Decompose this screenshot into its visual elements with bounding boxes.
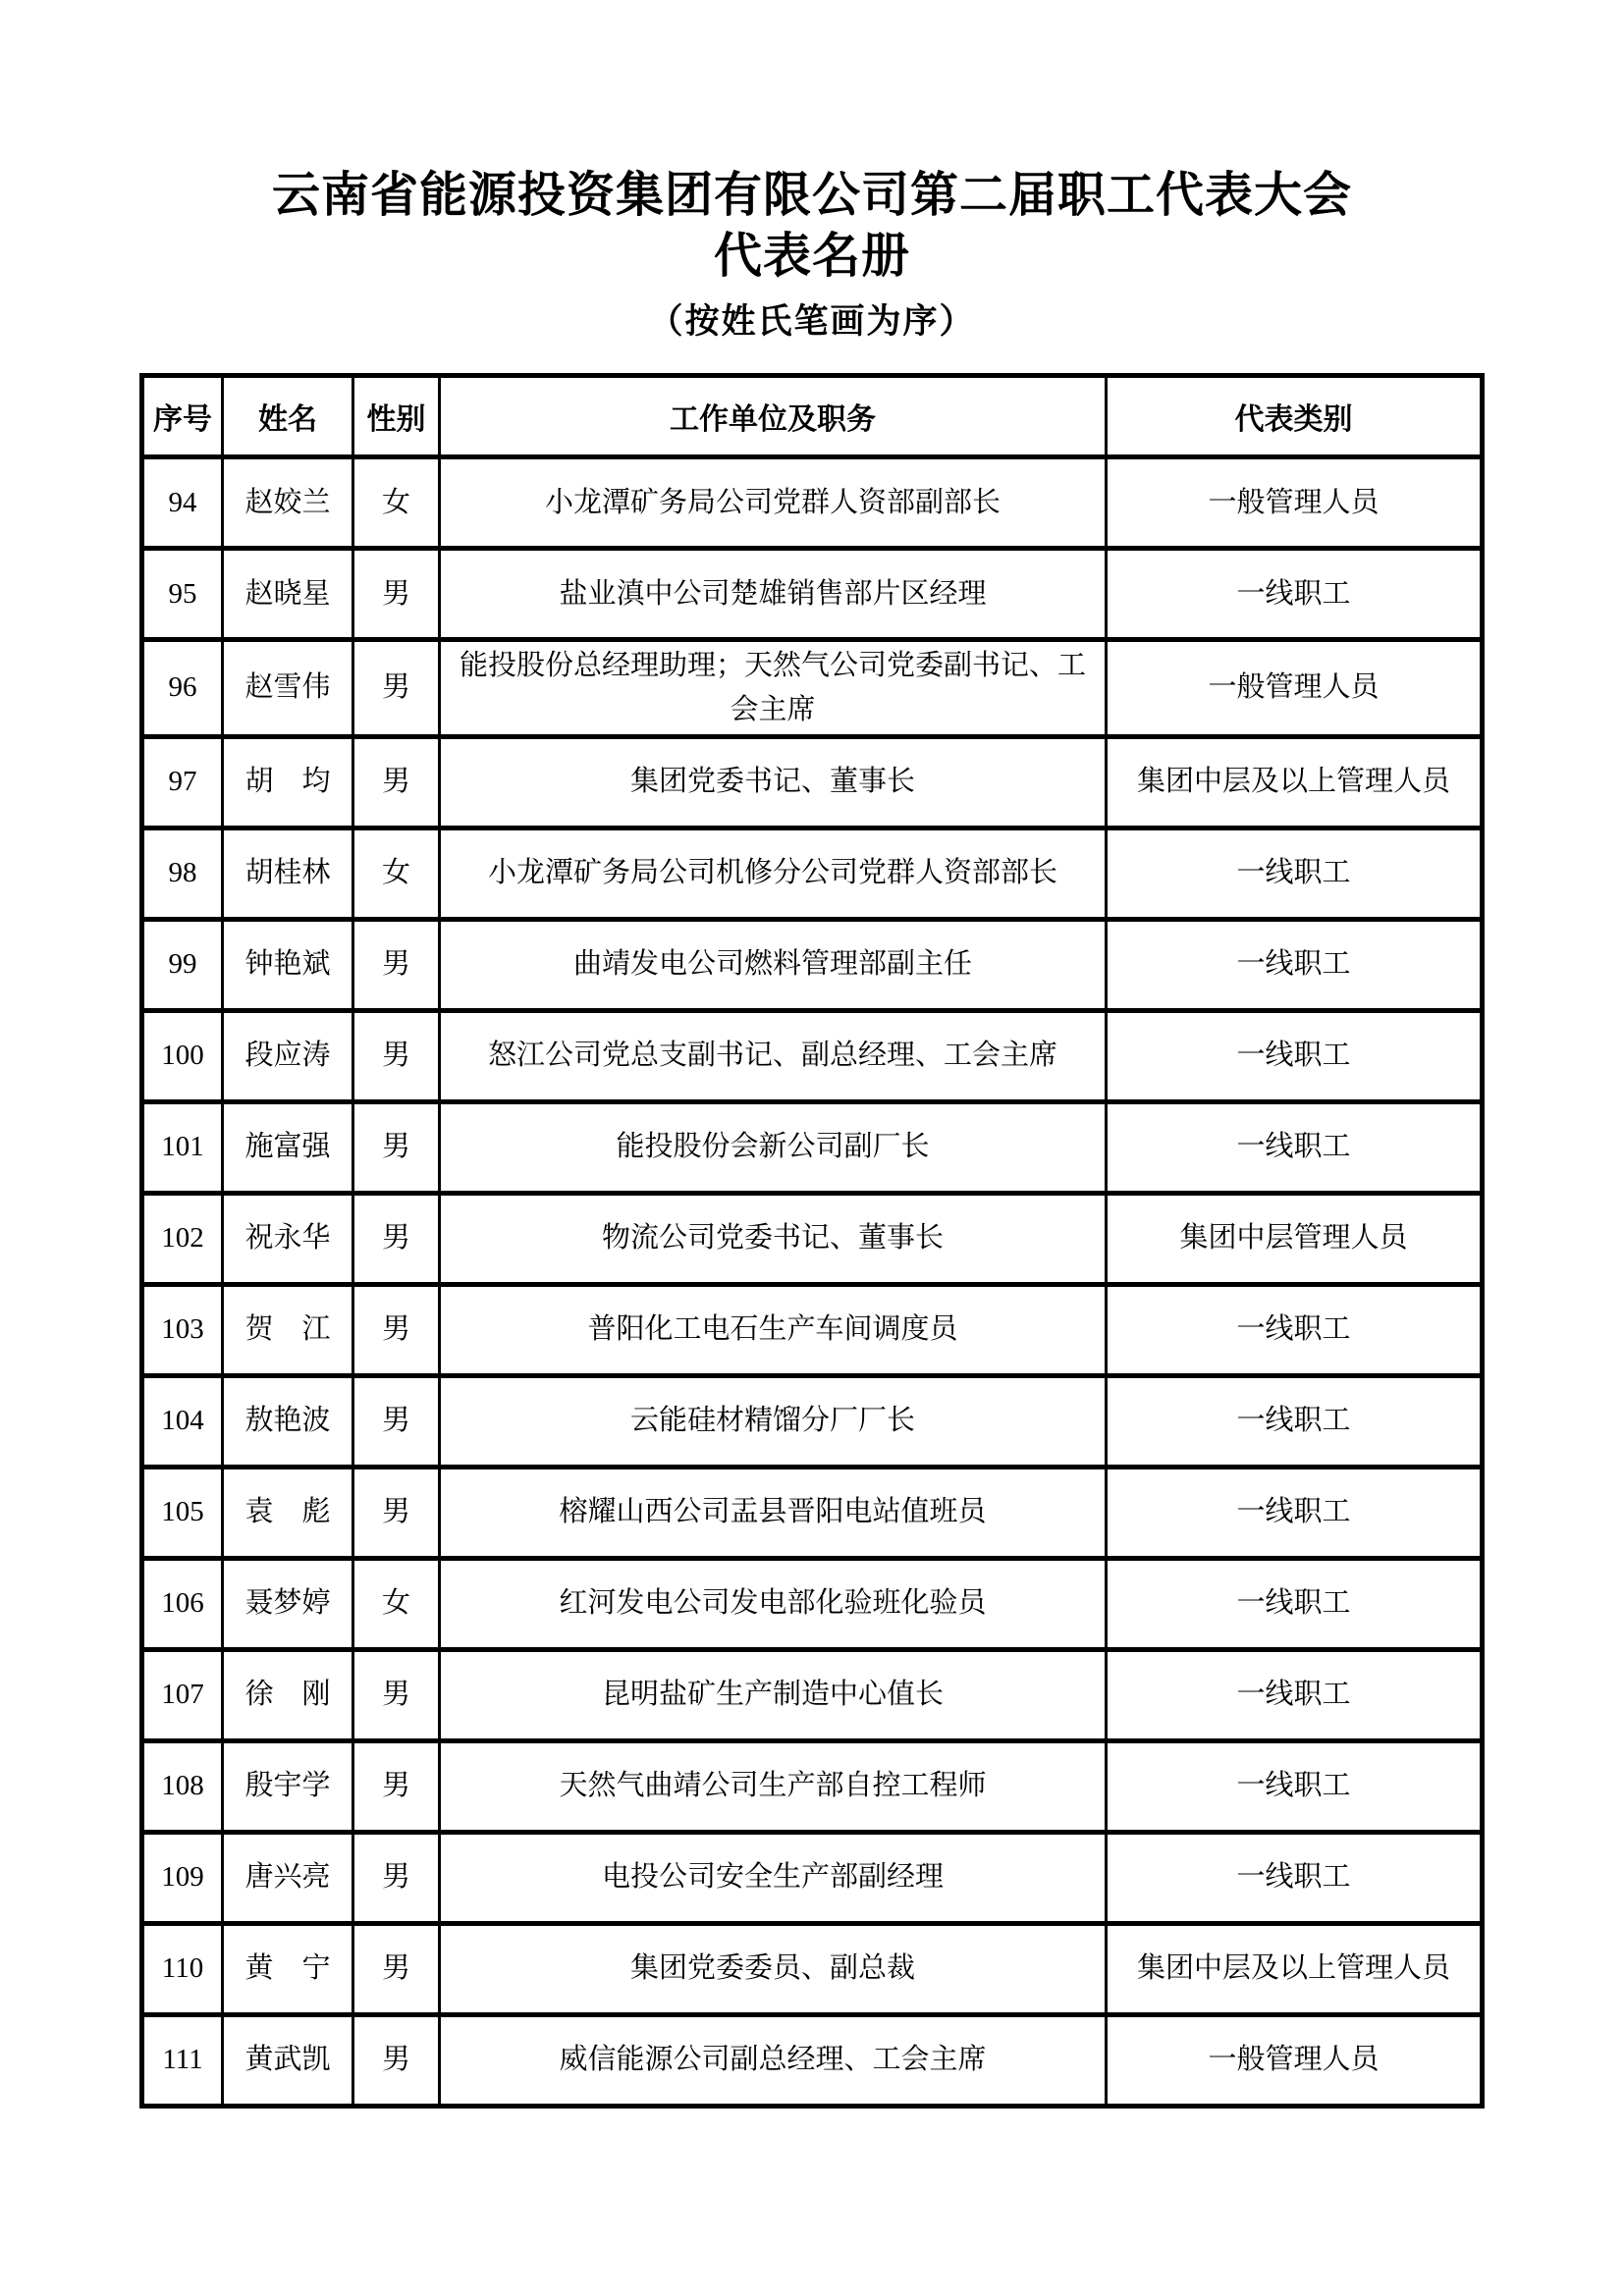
cell-name: 赵晓星 [223, 549, 353, 640]
table-row: 109唐兴亮男电投公司安全生产部副经理一线职工 [142, 1832, 1483, 1923]
cell-name: 袁 彪 [223, 1467, 353, 1558]
cell-name: 胡桂林 [223, 828, 353, 919]
cell-gender: 男 [353, 1284, 440, 1375]
cell-name: 钟艳斌 [223, 919, 353, 1010]
cell-gender: 男 [353, 1467, 440, 1558]
cell-unit: 电投公司安全生产部副经理 [440, 1832, 1107, 1923]
cell-unit: 能投股份总经理助理；天然气公司党委副书记、工会主席 [440, 640, 1107, 737]
roster-table: 序号 姓名 性别 工作单位及职务 代表类别 94赵姣兰女小龙潭矿务局公司党群人资… [139, 373, 1485, 2109]
cell-no: 110 [142, 1923, 223, 2014]
cell-gender: 男 [353, 1375, 440, 1467]
table-row: 101施富强男能投股份会新公司副厂长一线职工 [142, 1101, 1483, 1193]
cell-category: 集团中层管理人员 [1107, 1193, 1483, 1284]
cell-no: 103 [142, 1284, 223, 1375]
cell-no: 108 [142, 1740, 223, 1832]
cell-category: 一线职工 [1107, 919, 1483, 1010]
header-row: 序号 姓名 性别 工作单位及职务 代表类别 [142, 376, 1483, 457]
cell-category: 一般管理人员 [1107, 457, 1483, 549]
cell-unit: 物流公司党委书记、董事长 [440, 1193, 1107, 1284]
cell-no: 106 [142, 1558, 223, 1649]
cell-name: 赵姣兰 [223, 457, 353, 549]
document-subtitle: （按姓氏笔画为序） [0, 300, 1624, 344]
table-row: 99钟艳斌男曲靖发电公司燃料管理部副主任一线职工 [142, 919, 1483, 1010]
table-row: 104敖艳波男云能硅材精馏分厂厂长一线职工 [142, 1375, 1483, 1467]
cell-gender: 女 [353, 828, 440, 919]
cell-gender: 男 [353, 2014, 440, 2106]
cell-category: 集团中层及以上管理人员 [1107, 1923, 1483, 2014]
cell-unit: 小龙潭矿务局公司党群人资部副部长 [440, 457, 1107, 549]
table-row: 111黄武凯男威信能源公司副总经理、工会主席一般管理人员 [142, 2014, 1483, 2106]
cell-gender: 男 [353, 1101, 440, 1193]
cell-category: 一般管理人员 [1107, 640, 1483, 737]
cell-no: 111 [142, 2014, 223, 2106]
cell-no: 101 [142, 1101, 223, 1193]
table-row: 108殷宇学男天然气曲靖公司生产部自控工程师一线职工 [142, 1740, 1483, 1832]
table-row: 97胡 均男集团党委书记、董事长集团中层及以上管理人员 [142, 736, 1483, 828]
header-cell-name: 姓名 [223, 376, 353, 457]
cell-name: 殷宇学 [223, 1740, 353, 1832]
cell-no: 95 [142, 549, 223, 640]
cell-category: 一线职工 [1107, 1649, 1483, 1740]
cell-unit: 小龙潭矿务局公司机修分公司党群人资部部长 [440, 828, 1107, 919]
cell-category: 一线职工 [1107, 1284, 1483, 1375]
cell-category: 一线职工 [1107, 1558, 1483, 1649]
cell-category: 一线职工 [1107, 1010, 1483, 1101]
table-row: 103贺 江男普阳化工电石生产车间调度员一线职工 [142, 1284, 1483, 1375]
cell-category: 一线职工 [1107, 1832, 1483, 1923]
cell-no: 104 [142, 1375, 223, 1467]
cell-unit: 能投股份会新公司副厂长 [440, 1101, 1107, 1193]
cell-name: 敖艳波 [223, 1375, 353, 1467]
cell-gender: 男 [353, 1010, 440, 1101]
cell-no: 107 [142, 1649, 223, 1740]
document-page: 云南省能源投资集团有限公司第二届职工代表大会 代表名册 （按姓氏笔画为序） 序号… [0, 0, 1624, 2296]
header-cell-no: 序号 [142, 376, 223, 457]
cell-category: 一线职工 [1107, 1375, 1483, 1467]
cell-name: 胡 均 [223, 736, 353, 828]
cell-unit: 曲靖发电公司燃料管理部副主任 [440, 919, 1107, 1010]
cell-gender: 女 [353, 457, 440, 549]
cell-gender: 女 [353, 1558, 440, 1649]
cell-name: 徐 刚 [223, 1649, 353, 1740]
cell-name: 段应涛 [223, 1010, 353, 1101]
cell-gender: 男 [353, 1193, 440, 1284]
cell-name: 黄武凯 [223, 2014, 353, 2106]
table-row: 107徐 刚男昆明盐矿生产制造中心值长一线职工 [142, 1649, 1483, 1740]
cell-name: 施富强 [223, 1101, 353, 1193]
cell-unit: 昆明盐矿生产制造中心值长 [440, 1649, 1107, 1740]
cell-unit: 盐业滇中公司楚雄销售部片区经理 [440, 549, 1107, 640]
cell-unit: 云能硅材精馏分厂厂长 [440, 1375, 1107, 1467]
cell-name: 赵雪伟 [223, 640, 353, 737]
cell-gender: 男 [353, 549, 440, 640]
cell-gender: 男 [353, 736, 440, 828]
table-row: 110黄 宁男集团党委委员、副总裁集团中层及以上管理人员 [142, 1923, 1483, 2014]
cell-unit: 红河发电公司发电部化验班化验员 [440, 1558, 1107, 1649]
table-row: 106聂梦婷女红河发电公司发电部化验班化验员一线职工 [142, 1558, 1483, 1649]
table-row: 94赵姣兰女小龙潭矿务局公司党群人资部副部长一般管理人员 [142, 457, 1483, 549]
cell-no: 109 [142, 1832, 223, 1923]
cell-unit: 集团党委书记、董事长 [440, 736, 1107, 828]
cell-unit: 集团党委委员、副总裁 [440, 1923, 1107, 2014]
cell-unit: 怒江公司党总支副书记、副总经理、工会主席 [440, 1010, 1107, 1101]
cell-unit: 榕耀山西公司盂县晋阳电站值班员 [440, 1467, 1107, 1558]
table-row: 98胡桂林女小龙潭矿务局公司机修分公司党群人资部部长一线职工 [142, 828, 1483, 919]
cell-name: 黄 宁 [223, 1923, 353, 2014]
cell-no: 105 [142, 1467, 223, 1558]
cell-no: 100 [142, 1010, 223, 1101]
title-line-1: 云南省能源投资集团有限公司第二届职工代表大会 [0, 165, 1624, 226]
cell-unit: 天然气曲靖公司生产部自控工程师 [440, 1740, 1107, 1832]
table-row: 96赵雪伟男能投股份总经理助理；天然气公司党委副书记、工会主席一般管理人员 [142, 640, 1483, 737]
header-cell-unit: 工作单位及职务 [440, 376, 1107, 457]
cell-category: 一线职工 [1107, 828, 1483, 919]
cell-category: 一线职工 [1107, 1467, 1483, 1558]
table-row: 102祝永华男物流公司党委书记、董事长集团中层管理人员 [142, 1193, 1483, 1284]
cell-unit: 威信能源公司副总经理、工会主席 [440, 2014, 1107, 2106]
cell-no: 94 [142, 457, 223, 549]
roster-table-body: 94赵姣兰女小龙潭矿务局公司党群人资部副部长一般管理人员95赵晓星男盐业滇中公司… [142, 457, 1483, 2107]
cell-name: 聂梦婷 [223, 1558, 353, 1649]
header-cell-gender: 性别 [353, 376, 440, 457]
cell-unit: 普阳化工电石生产车间调度员 [440, 1284, 1107, 1375]
cell-category: 一线职工 [1107, 549, 1483, 640]
table-row: 100段应涛男怒江公司党总支副书记、副总经理、工会主席一线职工 [142, 1010, 1483, 1101]
table-row: 105袁 彪男榕耀山西公司盂县晋阳电站值班员一线职工 [142, 1467, 1483, 1558]
cell-gender: 男 [353, 1649, 440, 1740]
header-cell-category: 代表类别 [1107, 376, 1483, 457]
cell-gender: 男 [353, 1740, 440, 1832]
cell-gender: 男 [353, 1832, 440, 1923]
cell-no: 96 [142, 640, 223, 737]
cell-category: 一线职工 [1107, 1101, 1483, 1193]
cell-gender: 男 [353, 919, 440, 1010]
cell-name: 贺 江 [223, 1284, 353, 1375]
cell-category: 一般管理人员 [1107, 2014, 1483, 2106]
cell-no: 99 [142, 919, 223, 1010]
cell-no: 102 [142, 1193, 223, 1284]
cell-no: 98 [142, 828, 223, 919]
cell-name: 祝永华 [223, 1193, 353, 1284]
cell-category: 集团中层及以上管理人员 [1107, 736, 1483, 828]
cell-gender: 男 [353, 1923, 440, 2014]
table-row: 95赵晓星男盐业滇中公司楚雄销售部片区经理一线职工 [142, 549, 1483, 640]
document-title: 云南省能源投资集团有限公司第二届职工代表大会 代表名册 [0, 0, 1624, 287]
cell-gender: 男 [353, 640, 440, 737]
cell-category: 一线职工 [1107, 1740, 1483, 1832]
cell-no: 97 [142, 736, 223, 828]
title-line-2: 代表名册 [0, 226, 1624, 287]
cell-name: 唐兴亮 [223, 1832, 353, 1923]
